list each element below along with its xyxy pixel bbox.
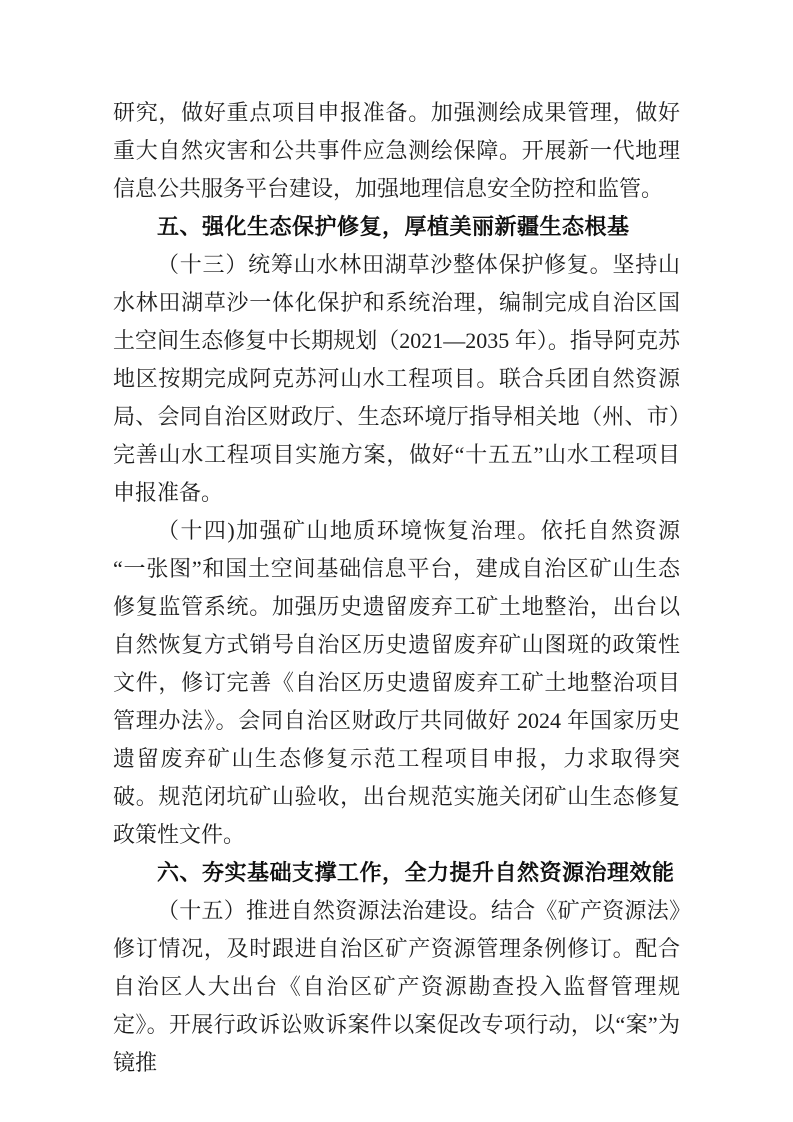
section-heading-text: 五、强化生态保护修复，厚植美丽新疆生态根基 [157, 214, 630, 239]
paragraph-text: 结合《矿产资源法》修订情况，及时跟进自治区矿产资源管理条例修订。配合自治区人大出… [113, 898, 680, 1075]
paragraph-text: 研究，做好重点项目申报准备。加强测绘成果管理，做好重大自然灾害和公共事件应急测绘… [113, 100, 680, 201]
document-page: 研究，做好重点项目申报准备。加强测绘成果管理，做好重大自然灾害和公共事件应急测绘… [0, 0, 793, 1122]
paragraph-text: 坚持山水林田湖草沙一体化保护和系统治理，编制完成自治区国土空间生态修复中长期规划… [113, 252, 680, 505]
paragraph-item-13: （十三）统筹山水林田湖草沙整体保护修复。坚持山水林田湖草沙一体化保护和系统治理，… [113, 246, 680, 512]
paragraph-item-15: （十五）推进自然资源法治建设。结合《矿产资源法》修订情况，及时跟进自治区矿产资源… [113, 892, 680, 1082]
paragraph-lead: （十三）统筹山水林田湖草沙整体保护修复。 [157, 252, 612, 277]
paragraph-lead: （十五）推进自然资源法治建设。 [157, 898, 491, 923]
paragraph-lead: （十四)加强矿山地质环境恢复治理。 [157, 518, 541, 543]
paragraph-text: 依托自然资源“一张图”和国土空间基础信息平台，建成自治区矿山生态修复监管系统。加… [113, 518, 680, 847]
section-heading-6: 六、夯实基础支撑工作，全力提升自然资源治理效能 [113, 854, 680, 892]
paragraph-item-14: （十四)加强矿山地质环境恢复治理。依托自然资源“一张图”和国土空间基础信息平台，… [113, 512, 680, 854]
section-heading-5: 五、强化生态保护修复，厚植美丽新疆生态根基 [113, 208, 680, 246]
paragraph-continuation: 研究，做好重点项目申报准备。加强测绘成果管理，做好重大自然灾害和公共事件应急测绘… [113, 94, 680, 208]
section-heading-text: 六、夯实基础支撑工作，全力提升自然资源治理效能 [157, 860, 675, 885]
document-text-block: 研究，做好重点项目申报准备。加强测绘成果管理，做好重大自然灾害和公共事件应急测绘… [113, 94, 680, 1082]
